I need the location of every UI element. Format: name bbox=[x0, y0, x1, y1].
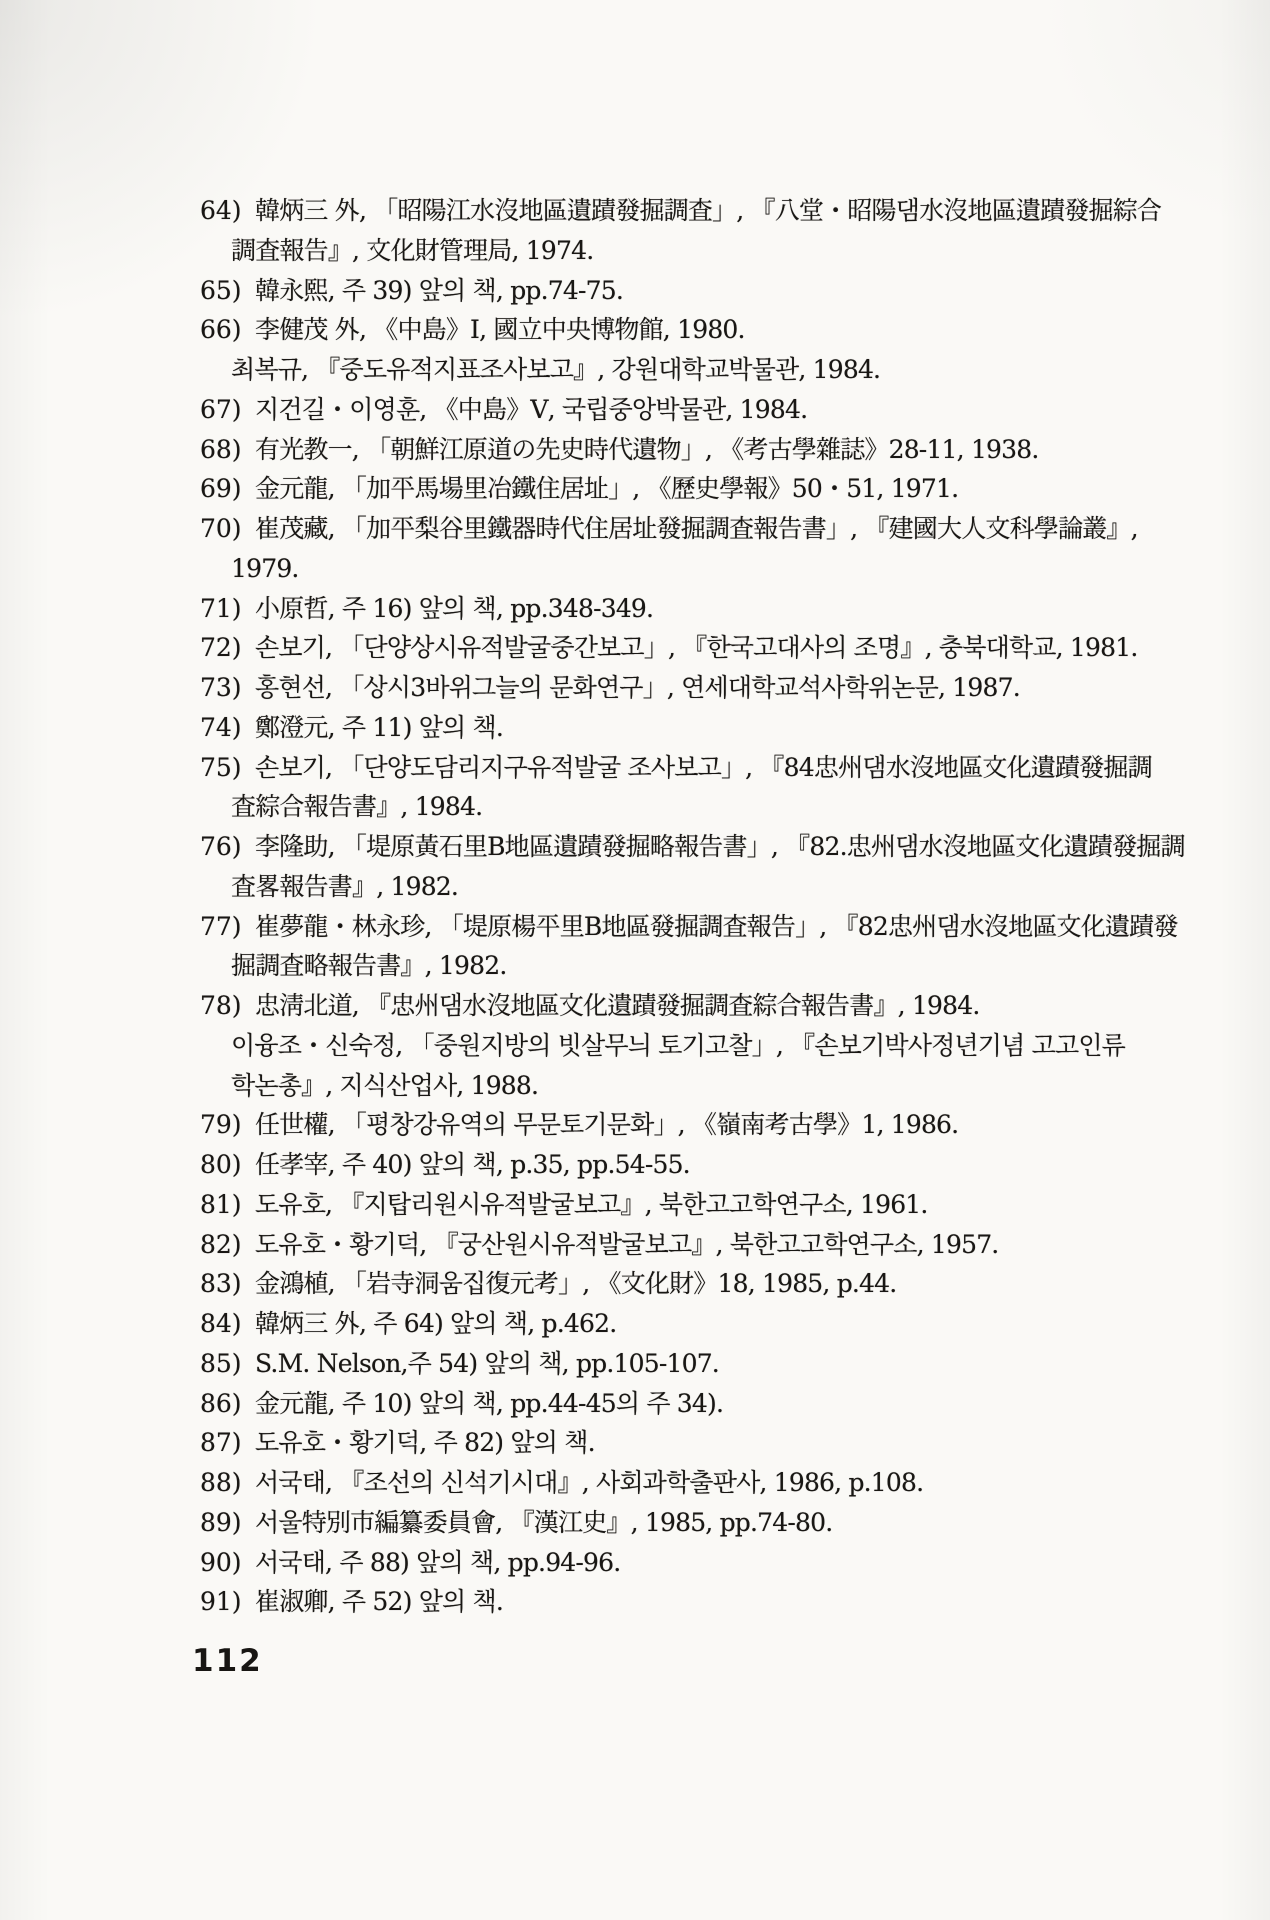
note-entry-line: 91)崔淑卿, 주 52) 앞의 책. bbox=[200, 1582, 1100, 1622]
note-entry-line: 88)서국태, 『조선의 신석기시대』, 사회과학출판사, 1986, p.10… bbox=[200, 1463, 1100, 1503]
note-entry-line: 70)崔茂藏, 「加平梨谷里鐵器時代住居址發掘調査報告書」, 『建國大人文科學論… bbox=[200, 509, 1100, 549]
note-entry-line: 79)任世權, 「평창강유역의 무문토기문화」, 《嶺南考古學》1, 1986. bbox=[200, 1105, 1100, 1145]
note-entry-line: 65)韓永熙, 주 39) 앞의 책, pp.74-75. bbox=[200, 271, 1100, 311]
note-number: 68) bbox=[200, 430, 255, 470]
note-number: 65) bbox=[200, 271, 255, 311]
note-number: 77) bbox=[200, 907, 255, 947]
note-number: 66) bbox=[200, 310, 255, 350]
page-number: 112 bbox=[192, 1643, 263, 1679]
note-text: 忠淸北道, 『忠州댐水沒地區文化遺蹟發掘調査綜合報告書』, 1984. bbox=[255, 991, 980, 1020]
note-text: 調査報告』, 文化財管理局, 1974. bbox=[231, 236, 593, 265]
note-entry-line: 67)지건길・이영훈, 《中島》Ⅴ, 국립중앙박물관, 1984. bbox=[200, 390, 1100, 430]
note-text: 金元龍, 주 10) 앞의 책, pp.44-45의 주 34). bbox=[255, 1389, 723, 1418]
note-number: 88) bbox=[200, 1463, 255, 1503]
note-text: 손보기, 「단양상시유적발굴중간보고」, 『한국고대사의 조명』, 충북대학교,… bbox=[255, 633, 1138, 662]
note-continuation-line: 掘調査略報告書』, 1982. bbox=[200, 946, 1100, 986]
note-number: 64) bbox=[200, 191, 255, 231]
note-number: 86) bbox=[200, 1384, 255, 1424]
note-continuation-line: 査畧報告書』, 1982. bbox=[200, 867, 1100, 907]
note-entry-line: 64)韓炳三 外, 「昭陽江水沒地區遺蹟發掘調査」, 『八堂・昭陽댐水沒地區遺蹟… bbox=[200, 191, 1100, 231]
note-text: 도유호・황기덕, 주 82) 앞의 책. bbox=[255, 1428, 595, 1457]
note-text: 1979. bbox=[231, 554, 299, 583]
note-entry-line: 73)홍현선, 「상시3바위그늘의 문화연구」, 연세대학교석사학위논문, 19… bbox=[200, 668, 1100, 708]
note-text: 任世權, 「평창강유역의 무문토기문화」, 《嶺南考古學》1, 1986. bbox=[255, 1110, 958, 1139]
note-text: 小原哲, 주 16) 앞의 책, pp.348-349. bbox=[255, 594, 653, 623]
note-entry-line: 76)李隆助, 「堤原黃石里B地區遺蹟發掘略報告書」, 『82.忠州댐水沒地區文… bbox=[200, 827, 1100, 867]
note-number: 72) bbox=[200, 628, 255, 668]
note-entry-line: 75)손보기, 「단양도담리지구유적발굴 조사보고」, 『84忠州댐水沒地區文化… bbox=[200, 748, 1100, 788]
note-text: 崔夢龍・林永珍, 「堤原楊平里B地區發掘調査報告」, 『82忠州댐水沒地區文化遺… bbox=[255, 912, 1178, 941]
note-entry-line: 85)S.M. Nelson,주 54) 앞의 책, pp.105-107. bbox=[200, 1344, 1100, 1384]
note-number: 87) bbox=[200, 1423, 255, 1463]
note-entry-line: 68)有光教一, 「朝鮮江原道の先史時代遺物」, 《考古學雜誌》28-11, 1… bbox=[200, 430, 1100, 470]
note-text: 서국태, 『조선의 신석기시대』, 사회과학출판사, 1986, p.108. bbox=[255, 1468, 923, 1497]
note-entry-line: 89)서울特別市編纂委員會, 『漢江史』, 1985, pp.74-80. bbox=[200, 1503, 1100, 1543]
note-entry-line: 80)任孝宰, 주 40) 앞의 책, p.35, pp.54-55. bbox=[200, 1145, 1100, 1185]
note-number: 79) bbox=[200, 1105, 255, 1145]
note-number: 90) bbox=[200, 1543, 255, 1583]
note-entry-line: 72)손보기, 「단양상시유적발굴중간보고」, 『한국고대사의 조명』, 충북대… bbox=[200, 628, 1100, 668]
note-number: 91) bbox=[200, 1582, 255, 1622]
note-text: 지건길・이영훈, 《中島》Ⅴ, 국립중앙박물관, 1984. bbox=[255, 395, 807, 424]
note-number: 78) bbox=[200, 986, 255, 1026]
note-entry-line: 87)도유호・황기덕, 주 82) 앞의 책. bbox=[200, 1423, 1100, 1463]
note-number: 75) bbox=[200, 748, 255, 788]
note-text: 韓炳三 外, 주 64) 앞의 책, p.462. bbox=[255, 1309, 616, 1338]
note-number: 71) bbox=[200, 589, 255, 629]
note-entry-line: 74)鄭澄元, 주 11) 앞의 책. bbox=[200, 708, 1100, 748]
note-number: 81) bbox=[200, 1185, 255, 1225]
scanned-book-page: 64)韓炳三 外, 「昭陽江水沒地區遺蹟發掘調査」, 『八堂・昭陽댐水沒地區遺蹟… bbox=[0, 0, 1270, 1920]
note-text: 李健茂 外, 《中島》Ⅰ, 國立中央博物館, 1980. bbox=[255, 315, 745, 344]
note-continuation-line: 査綜合報告書』, 1984. bbox=[200, 787, 1100, 827]
note-text: 도유호, 『지탑리원시유적발굴보고』, 북한고고학연구소, 1961. bbox=[255, 1190, 928, 1219]
note-number: 73) bbox=[200, 668, 255, 708]
note-continuation-line: 최복규, 『중도유적지표조사보고』, 강원대학교박물관, 1984. bbox=[200, 350, 1100, 390]
note-continuation-line: 학논총』, 지식산업사, 1988. bbox=[200, 1066, 1100, 1106]
notes-list: 64)韓炳三 外, 「昭陽江水沒地區遺蹟發掘調査」, 『八堂・昭陽댐水沒地區遺蹟… bbox=[200, 191, 1100, 1622]
note-number: 80) bbox=[200, 1145, 255, 1185]
note-text: 掘調査略報告書』, 1982. bbox=[231, 951, 506, 980]
note-entry-line: 86)金元龍, 주 10) 앞의 책, pp.44-45의 주 34). bbox=[200, 1384, 1100, 1424]
note-text: 任孝宰, 주 40) 앞의 책, p.35, pp.54-55. bbox=[255, 1150, 690, 1179]
note-text: 金鴻植, 「岩寺洞움집復元考」, 《文化財》18, 1985, p.44. bbox=[255, 1269, 896, 1298]
note-text: 韓炳三 外, 「昭陽江水沒地區遺蹟發掘調査」, 『八堂・昭陽댐水沒地區遺蹟發掘綜… bbox=[255, 196, 1161, 225]
note-entry-line: 90)서국태, 주 88) 앞의 책, pp.94-96. bbox=[200, 1543, 1100, 1583]
note-text: 李隆助, 「堤原黃石里B地區遺蹟發掘略報告書」, 『82.忠州댐水沒地區文化遺蹟… bbox=[255, 832, 1185, 861]
note-continuation-line: 이융조・신숙정, 「중원지방의 빗살무늬 토기고찰」, 『손보기박사정년기념 고… bbox=[200, 1026, 1100, 1066]
note-number: 69) bbox=[200, 469, 255, 509]
note-entry-line: 77)崔夢龍・林永珍, 「堤原楊平里B地區發掘調査報告」, 『82忠州댐水沒地區… bbox=[200, 907, 1100, 947]
note-entry-line: 84)韓炳三 外, 주 64) 앞의 책, p.462. bbox=[200, 1304, 1100, 1344]
note-number: 70) bbox=[200, 509, 255, 549]
note-text: 査綜合報告書』, 1984. bbox=[231, 792, 482, 821]
note-entry-line: 83)金鴻植, 「岩寺洞움집復元考」, 《文化財》18, 1985, p.44. bbox=[200, 1264, 1100, 1304]
note-text: 이융조・신숙정, 「중원지방의 빗살무늬 토기고찰」, 『손보기박사정년기념 고… bbox=[231, 1031, 1125, 1060]
note-text: 鄭澄元, 주 11) 앞의 책. bbox=[255, 713, 503, 742]
note-number: 84) bbox=[200, 1304, 255, 1344]
note-text: 崔淑卿, 주 52) 앞의 책. bbox=[255, 1587, 503, 1616]
note-entry-line: 82)도유호・황기덕, 『궁산원시유적발굴보고』, 북한고고학연구소, 1957… bbox=[200, 1225, 1100, 1265]
note-text: 査畧報告書』, 1982. bbox=[231, 872, 458, 901]
note-entry-line: 81)도유호, 『지탑리원시유적발굴보고』, 북한고고학연구소, 1961. bbox=[200, 1185, 1100, 1225]
note-text: 有光教一, 「朝鮮江原道の先史時代遺物」, 《考古學雜誌》28-11, 1938… bbox=[255, 435, 1039, 464]
note-entry-line: 66)李健茂 外, 《中島》Ⅰ, 國立中央博物館, 1980. bbox=[200, 310, 1100, 350]
note-text: 손보기, 「단양도담리지구유적발굴 조사보고」, 『84忠州댐水沒地區文化遺蹟發… bbox=[255, 753, 1152, 782]
note-number: 89) bbox=[200, 1503, 255, 1543]
note-text: 학논총』, 지식산업사, 1988. bbox=[231, 1071, 538, 1100]
note-number: 85) bbox=[200, 1344, 255, 1384]
note-number: 67) bbox=[200, 390, 255, 430]
note-number: 74) bbox=[200, 708, 255, 748]
note-text: 도유호・황기덕, 『궁산원시유적발굴보고』, 북한고고학연구소, 1957. bbox=[255, 1230, 998, 1259]
note-number: 76) bbox=[200, 827, 255, 867]
note-text: 최복규, 『중도유적지표조사보고』, 강원대학교박물관, 1984. bbox=[231, 355, 880, 384]
note-text: S.M. Nelson,주 54) 앞의 책, pp.105-107. bbox=[255, 1349, 719, 1378]
note-entry-line: 71)小原哲, 주 16) 앞의 책, pp.348-349. bbox=[200, 589, 1100, 629]
note-continuation-line: 1979. bbox=[200, 549, 1100, 589]
note-text: 金元龍, 「加平馬場里冶鐵住居址」, 《歷史學報》50・51, 1971. bbox=[255, 474, 958, 503]
note-number: 82) bbox=[200, 1225, 255, 1265]
note-entry-line: 78)忠淸北道, 『忠州댐水沒地區文化遺蹟發掘調査綜合報告書』, 1984. bbox=[200, 986, 1100, 1026]
note-text: 서울特別市編纂委員會, 『漢江史』, 1985, pp.74-80. bbox=[255, 1508, 832, 1537]
note-continuation-line: 調査報告』, 文化財管理局, 1974. bbox=[200, 231, 1100, 271]
note-text: 홍현선, 「상시3바위그늘의 문화연구」, 연세대학교석사학위논문, 1987. bbox=[255, 673, 1020, 702]
note-text: 崔茂藏, 「加平梨谷里鐵器時代住居址發掘調査報告書」, 『建國大人文科學論叢』, bbox=[255, 514, 1138, 543]
note-entry-line: 69)金元龍, 「加平馬場里冶鐵住居址」, 《歷史學報》50・51, 1971. bbox=[200, 469, 1100, 509]
note-text: 서국태, 주 88) 앞의 책, pp.94-96. bbox=[255, 1548, 620, 1577]
note-number: 83) bbox=[200, 1264, 255, 1304]
note-text: 韓永熙, 주 39) 앞의 책, pp.74-75. bbox=[255, 276, 623, 305]
